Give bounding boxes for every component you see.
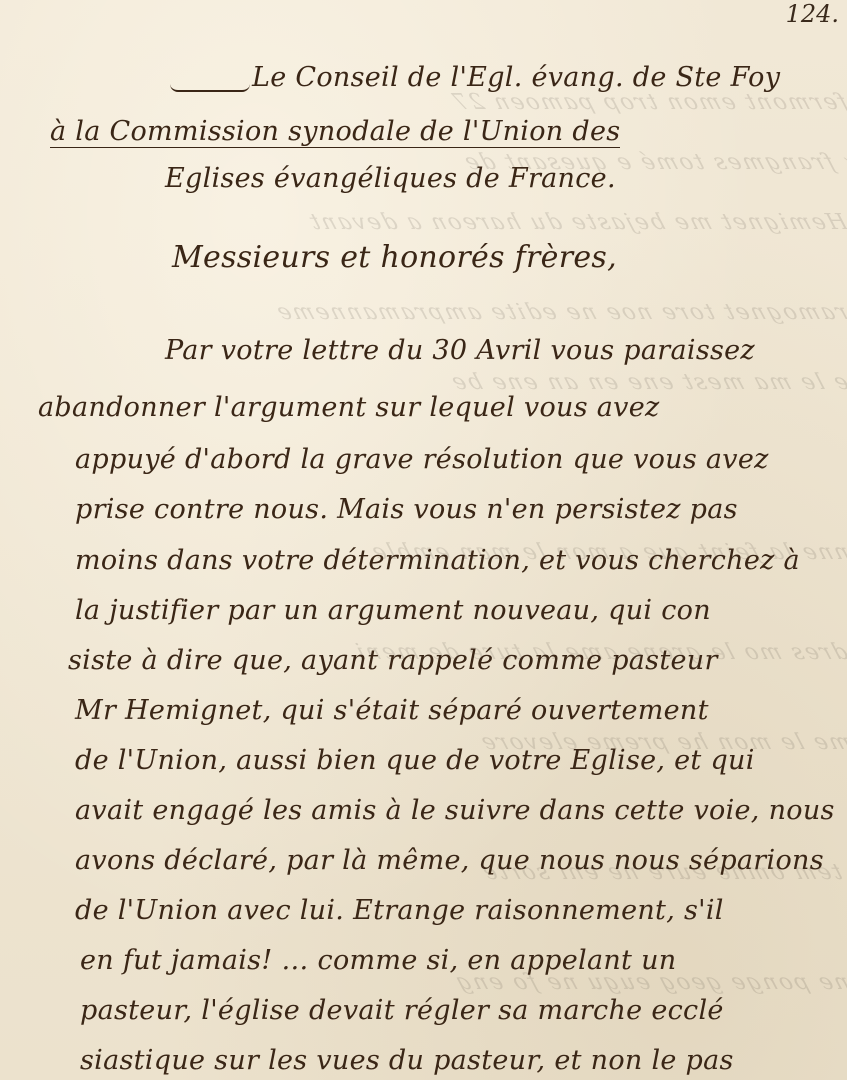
body-line-13: en fut jamais! … comme si, en appelant u… [80, 945, 676, 976]
body-line-10: avait engagé les amis à le suivre dans c… [75, 795, 835, 826]
body-line-6: la justifier par un argument nouveau, qu… [75, 595, 711, 626]
folio-number: 124. [786, 0, 839, 28]
header-sender: Le Conseil de l'Egl. évang. de Ste Foy [252, 62, 780, 93]
body-line-5: moins dans votre détermination, et vous … [75, 545, 800, 576]
body-line-14: pasteur, l'église devait régler sa march… [80, 995, 724, 1026]
body-line-3: appuyé d'abord la grave résolution que v… [75, 444, 769, 475]
header-recipient-1-text: à la Commission synodale de l'Union des [50, 116, 620, 148]
body-line-8: Mr Hemignet, qui s'était séparé ouvertem… [75, 695, 709, 726]
header-recipient-1: à la Commission synodale de l'Union des [50, 116, 620, 147]
salutation: Messieurs et honorés frères, [172, 240, 617, 275]
decorative-flourish [170, 84, 250, 92]
body-line-7: siste à dire que, ayant rappelé comme pa… [68, 645, 718, 676]
body-line-15: siastique sur les vues du pasteur, et no… [80, 1045, 734, 1076]
header-recipient-2: Eglises évangéliques de France. [165, 163, 616, 194]
body-line-4: prise contre nous. Mais vous n'en persis… [75, 494, 738, 525]
body-line-12: de l'Union avec lui. Etrange raisonnemen… [75, 895, 724, 926]
body-line-11: avons déclaré, par là même, que nous nou… [75, 845, 824, 876]
body-line-2: abandonner l'argument sur lequel vous av… [38, 392, 660, 423]
body-line-1: Par votre lettre du 30 Avril vous parais… [165, 335, 755, 366]
body-line-9: de l'Union, aussi bien que de votre Egli… [75, 745, 755, 776]
manuscript-page: le fermont emon trop pamoen 27 mx frangm… [0, 0, 847, 1080]
